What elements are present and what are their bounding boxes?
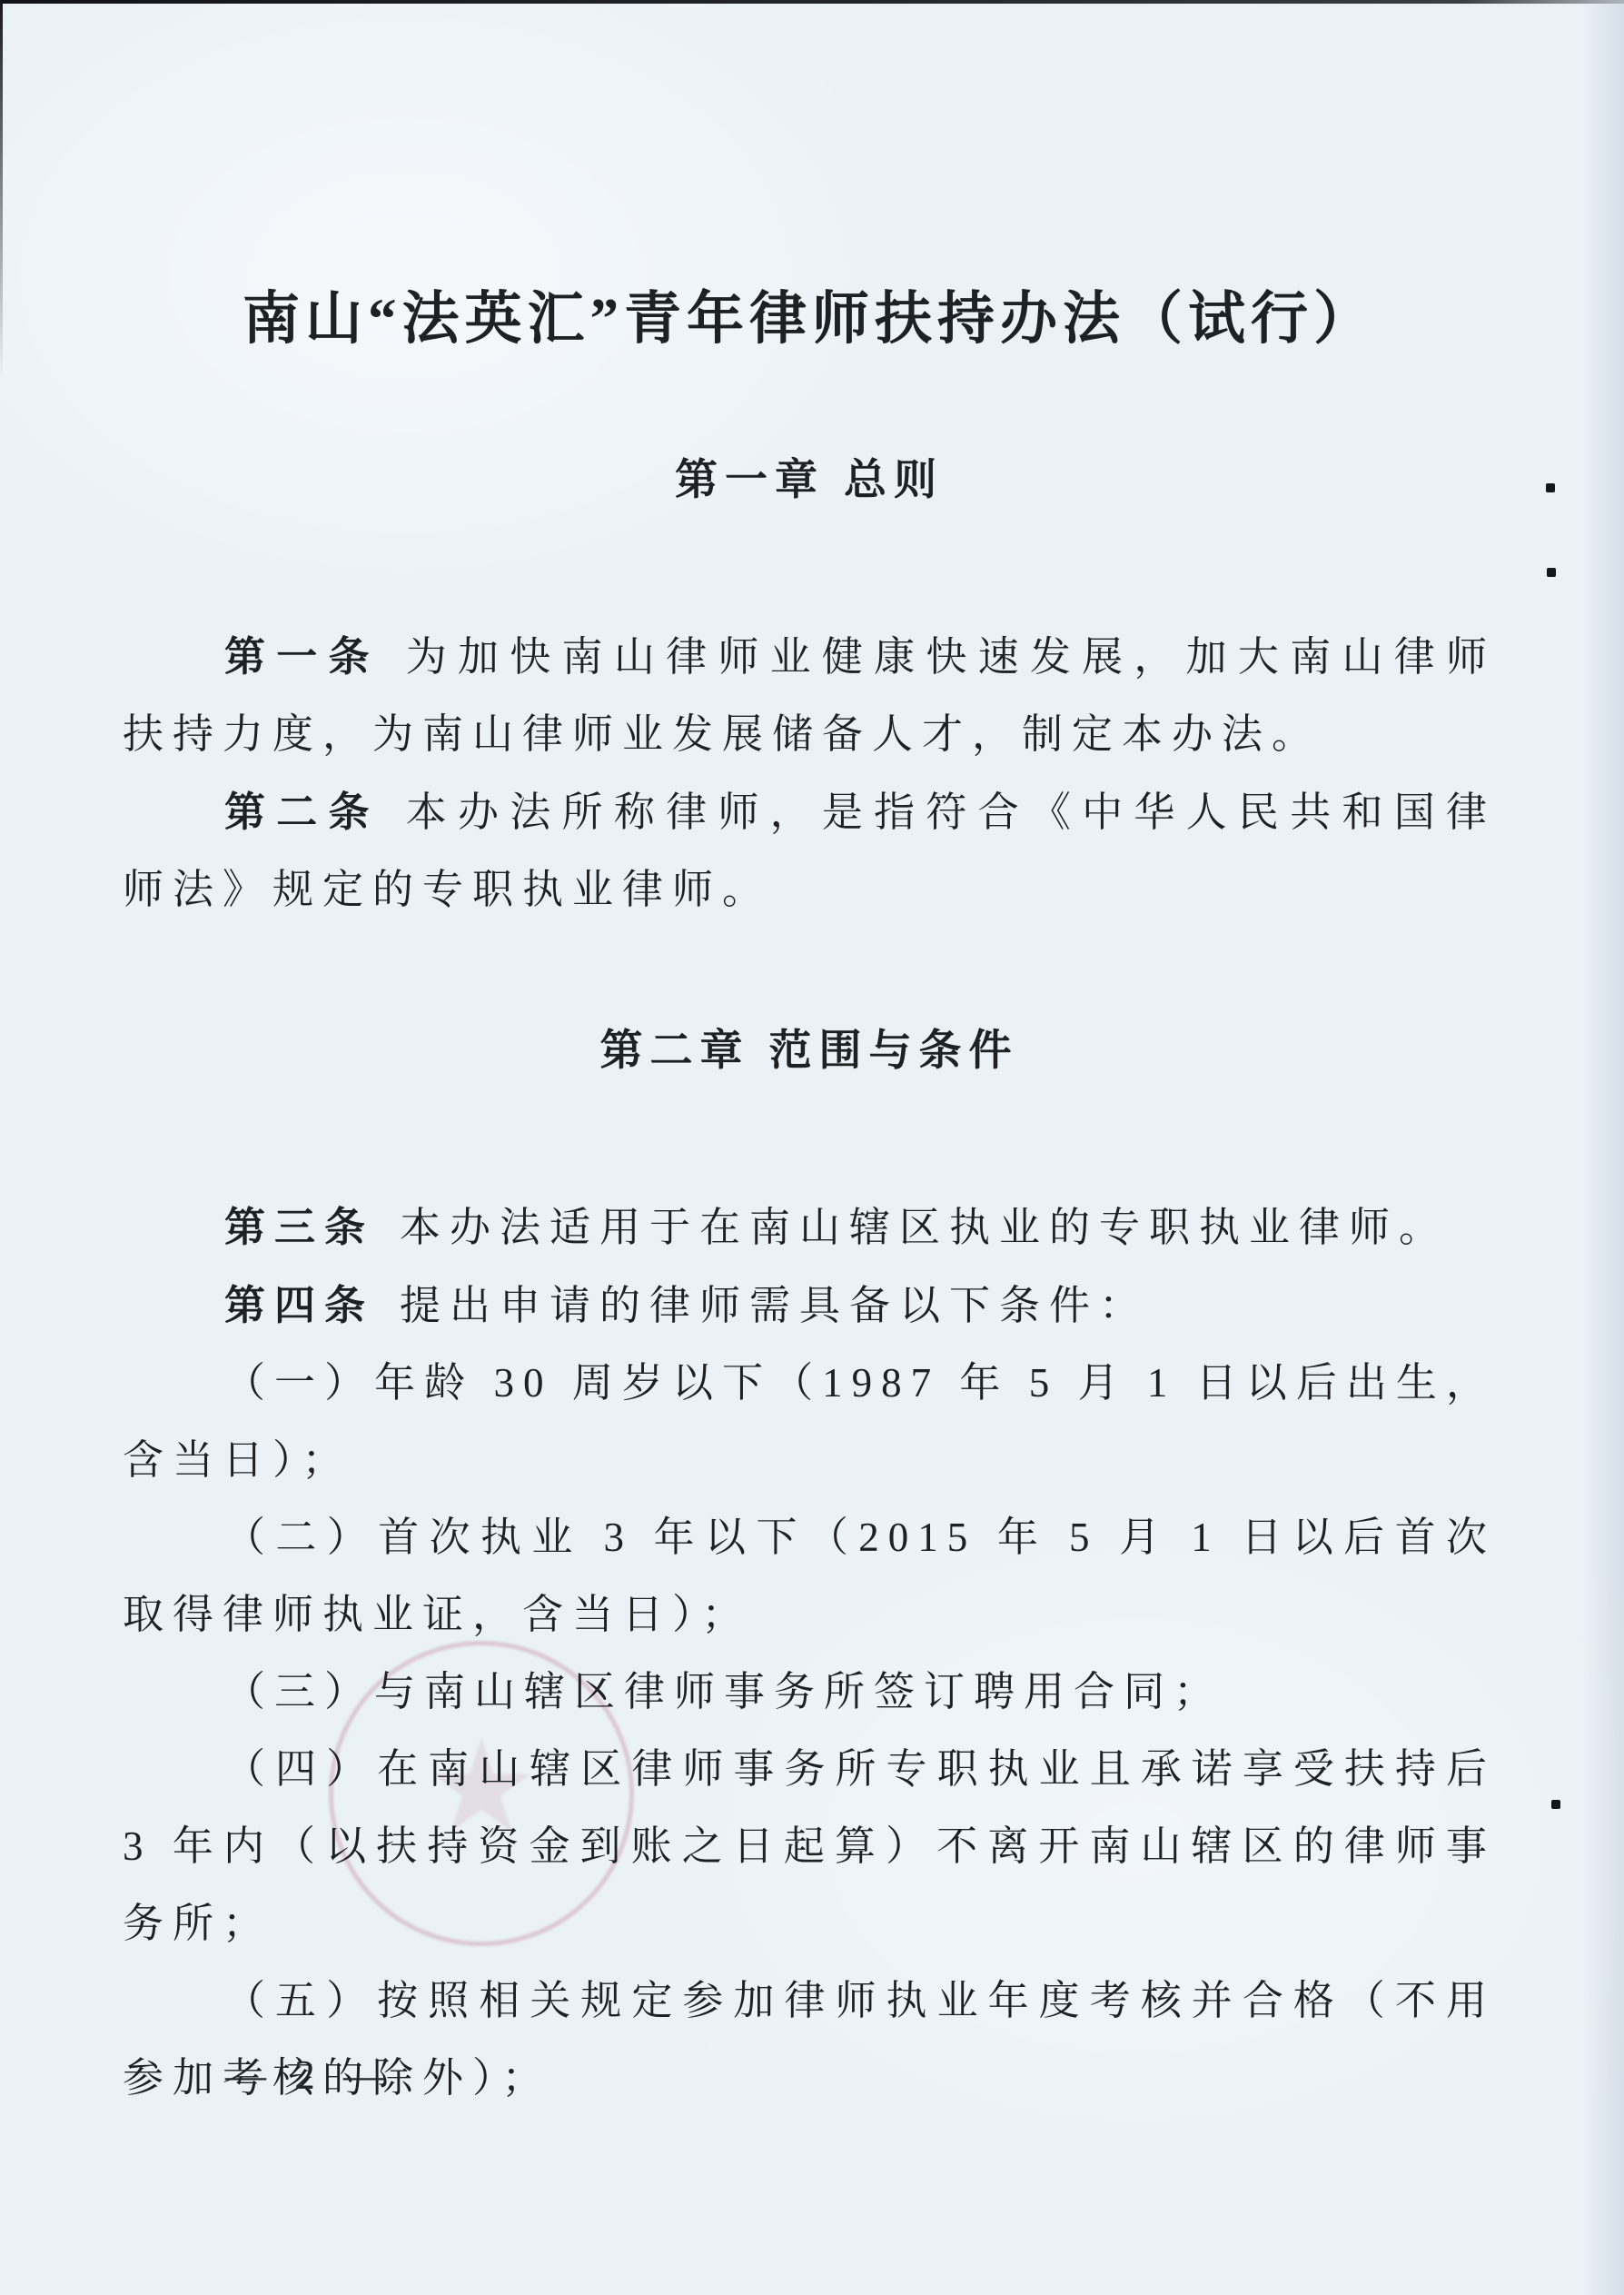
- chapter-2-body: 第三条本办法适用于在南山辖区执业的专职执业律师。 第四条提出申请的律师需具备以下…: [123, 1188, 1496, 2117]
- condition-item-4: （四）在南山辖区律师事务所专职执业且承诺享受扶持后 3 年内（以扶持资金到账之日…: [123, 1731, 1496, 1962]
- condition-item-2: （二）首次执业 3 年以下（2015 年 5 月 1 日以后首次取得律师执业证，…: [123, 1499, 1496, 1654]
- scan-dot: [1547, 568, 1556, 577]
- article-1-paragraph: 第一条为加快南山律师业健康快速发展，加大南山律师扶持力度，为南山律师业发展储备人…: [123, 618, 1496, 773]
- article-2-paragraph: 第二条本办法所称律师，是指符合《中华人民共和国律师法》规定的专职执业律师。: [123, 773, 1496, 929]
- article-4-text: 提出申请的律师需具备以下条件：: [400, 1283, 1149, 1328]
- article-3-text: 本办法适用于在南山辖区执业的专职执业律师。: [400, 1205, 1449, 1250]
- chapter-1-heading: 第一章 总则: [123, 452, 1496, 507]
- article-3-paragraph: 第三条本办法适用于在南山辖区执业的专职执业律师。: [123, 1188, 1496, 1267]
- chapter-2-heading: 第二章 范围与条件: [123, 1023, 1496, 1078]
- scan-dot: [1551, 1800, 1560, 1809]
- article-4-paragraph: 第四条提出申请的律师需具备以下条件：: [123, 1267, 1496, 1345]
- scan-dot: [1546, 483, 1555, 492]
- document-content: 南山“法英汇”青年律师扶持办法（试行） 第一章 总则 第一条为加快南山律师业健康…: [123, 0, 1496, 2117]
- scan-edge-right-shade: [1582, 0, 1624, 2295]
- condition-item-1: （一）年龄 30 周岁以下（1987 年 5 月 1 日以后出生，含当日）；: [123, 1345, 1496, 1499]
- chapter-1-body: 第一条为加快南山律师业健康快速发展，加大南山律师扶持力度，为南山律师业发展储备人…: [123, 618, 1496, 929]
- condition-item-3: （三）与南山辖区律师事务所签订聘用合同；: [123, 1654, 1496, 1731]
- page-number: — 2 —: [225, 2052, 393, 2099]
- article-1-number: 第一条: [224, 633, 381, 680]
- scan-edge-left: [0, 0, 3, 382]
- article-2-number: 第二条: [224, 789, 381, 835]
- article-3-number: 第三条: [224, 1204, 374, 1250]
- article-4-number: 第四条: [224, 1282, 374, 1328]
- document-title: 南山“法英汇”青年律师扶持办法（试行）: [123, 269, 1496, 369]
- scanned-document-page: ★ 南山“法英汇”青年律师扶持办法（试行） 第一章 总则 第一条为加快南山律师业…: [0, 0, 1624, 2295]
